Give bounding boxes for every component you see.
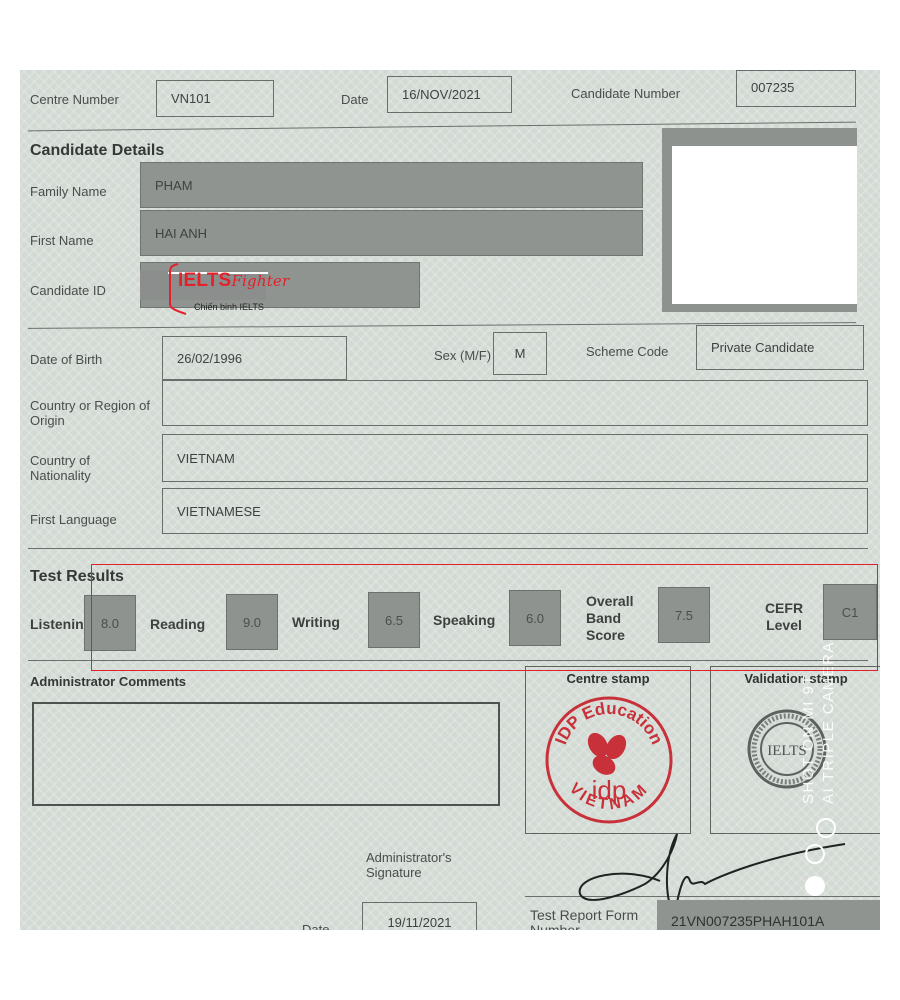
origin-label: Country or Region of Origin [30, 398, 160, 428]
first-name-field: HAI ANH [140, 210, 643, 256]
speaking-score: 6.0 [509, 590, 561, 646]
family-name-field: PHAM [140, 162, 643, 208]
cefr-level-score: C1 [823, 584, 877, 640]
idp-stamp-icon: IDP Education VIETNAM idp [538, 689, 680, 831]
logo-brand-bold: IELTS [178, 270, 231, 291]
dob-label: Date of Birth [30, 352, 102, 367]
trf-number-field: 21VN007235PHAH101A [657, 900, 880, 930]
logo-tagline: Chiến binh IELTS [194, 302, 264, 312]
centre-number-field: VN101 [156, 80, 274, 117]
scheme-code-value: Private Candidate [711, 340, 814, 355]
admin-comments-heading: Administrator Comments [30, 674, 186, 689]
dob-field: 26/02/1996 [162, 336, 347, 380]
family-name-label: Family Name [30, 184, 107, 199]
first-language-label: First Language [30, 512, 117, 527]
issue-date-value: 19/11/2021 [387, 915, 451, 930]
speaking-label: Speaking [433, 612, 495, 629]
scheme-code-label: Scheme Code [586, 344, 668, 359]
divider [28, 660, 868, 661]
overall-band-label: Overall Band Score [586, 593, 656, 644]
validation-stamp-box: Validation stamp IELTS [710, 666, 880, 834]
scheme-code-field: Private Candidate [696, 325, 864, 370]
validation-stamp-label: Validation stamp [711, 671, 880, 686]
listening-label: Listening [30, 616, 92, 633]
candidate-number-field: 007235 [736, 70, 856, 107]
date-label: Date [341, 92, 368, 107]
camera-watermark-line1: SHOT ON MI 9T [800, 674, 817, 804]
issue-date-label: Date [302, 922, 329, 930]
cefr-level-label: CEFR Level [760, 600, 808, 634]
sex-label: Sex (M/F) [434, 348, 491, 363]
nationality-label: Country of Nationality [30, 453, 130, 483]
dob-value: 26/02/1996 [177, 351, 242, 366]
first-name-value: HAI ANH [155, 226, 207, 241]
first-name-label: First Name [30, 233, 94, 248]
reading-label: Reading [150, 616, 205, 633]
family-name-value: PHAM [155, 178, 193, 193]
writing-score: 6.5 [368, 592, 420, 648]
sex-value: M [515, 346, 526, 361]
centre-number-label: Centre Number [30, 92, 119, 107]
watermark-ring-icon [805, 844, 825, 864]
nationality-value: VIETNAM [177, 451, 235, 466]
first-language-field: VIETNAMESE [162, 488, 868, 534]
date-field: 16/NOV/2021 [387, 76, 512, 113]
trf-number-value: 21VN007235PHAH101A [671, 913, 824, 929]
test-results-heading: Test Results [30, 568, 124, 586]
watermark-dot-icon [805, 876, 825, 896]
date-value: 16/NOV/2021 [402, 87, 481, 102]
reading-score: 9.0 [226, 594, 278, 650]
candidate-details-heading: Candidate Details [30, 142, 164, 160]
admin-comments-box [32, 702, 500, 806]
centre-number-value: VN101 [171, 91, 211, 106]
candidate-id-label: Candidate ID [30, 283, 106, 298]
writing-label: Writing [292, 614, 340, 631]
watermark-ring-icon [816, 818, 836, 838]
logo-brand-script: Fighter [231, 272, 289, 290]
sex-field: M [493, 332, 547, 375]
first-language-value: VIETNAMESE [177, 504, 261, 519]
test-report-form: Centre Number VN101 Date 16/NOV/2021 Can… [20, 70, 880, 930]
centre-stamp-box: Centre stamp IDP Education VIETNAM idp [525, 666, 691, 834]
candidate-photo-redacted [672, 146, 857, 304]
logo-wordmark: IELTSFighter [178, 270, 289, 292]
centre-stamp-label: Centre stamp [526, 671, 690, 686]
admin-signature-label: Administrator's Signature [366, 850, 476, 880]
nationality-field: VIETNAM [162, 434, 868, 482]
candidate-number-value: 007235 [751, 80, 794, 95]
divider [28, 548, 868, 549]
svg-text:IDP Education: IDP Education [551, 699, 666, 747]
trf-number-label: Test Report Form Number [530, 908, 660, 930]
listening-score: 8.0 [84, 595, 136, 651]
ielts-fighter-logo: IELTSFighter Chiến binh IELTS [140, 258, 320, 318]
candidate-number-label: Candidate Number [571, 86, 680, 101]
issue-date-field: 19/11/2021 [362, 902, 477, 930]
overall-band-score: 7.5 [658, 587, 710, 643]
svg-text:idp: idp [592, 775, 627, 805]
camera-watermark-line2: AI TRIPLE CAMERA [820, 641, 837, 804]
origin-field [162, 380, 868, 426]
